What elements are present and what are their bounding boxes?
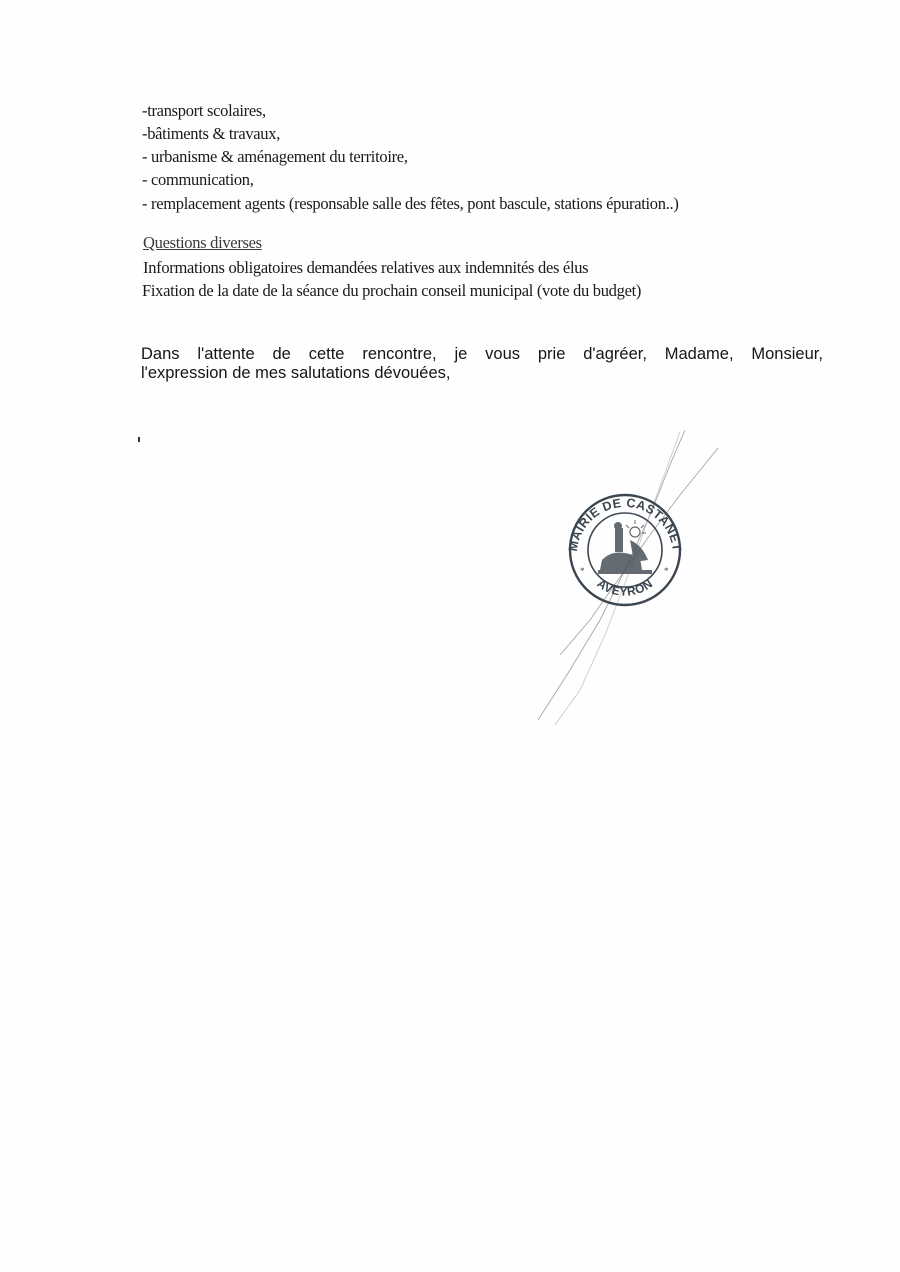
svg-text:*: * — [580, 566, 585, 576]
list-item: -bâtiments & travaux, — [142, 124, 280, 144]
closing-word: cette — [309, 345, 345, 364]
signature-and-stamp: MAIRIE DE CASTANET AVEYRON * * — [530, 420, 730, 730]
svg-text:MAIRIE DE CASTANET: MAIRIE DE CASTANET — [566, 496, 684, 553]
closing-word: Madame, — [665, 345, 734, 364]
closing-word: vous — [485, 345, 520, 364]
mairie-stamp-icon: MAIRIE DE CASTANET AVEYRON * * — [566, 495, 684, 605]
closing-word: d'agréer, — [583, 345, 647, 364]
list-item: - remplacement agents (responsable salle… — [142, 194, 679, 214]
closing-paragraph: Dansl'attentedecetterencontre,jevousprie… — [141, 345, 823, 383]
questions-heading: Questions diverses — [143, 233, 262, 253]
document-page: -transport scolaires, -bâtiments & trava… — [0, 0, 900, 1272]
closing-word: de — [273, 345, 291, 364]
list-item: - urbanisme & aménagement du territoire, — [142, 147, 408, 167]
stray-mark — [138, 437, 140, 442]
closing-word: Monsieur, — [751, 345, 823, 364]
closing-word: l'attente — [197, 345, 254, 364]
questions-item: Fixation de la date de la séance du proc… — [142, 281, 641, 301]
signature-icon: MAIRIE DE CASTANET AVEYRON * * — [530, 420, 730, 730]
signature-stroke — [538, 430, 685, 720]
svg-text:*: * — [664, 566, 669, 576]
closing-word: rencontre, — [362, 345, 436, 364]
svg-text:AVEYRON: AVEYRON — [595, 576, 656, 599]
closing-line-1: Dansl'attentedecetterencontre,jevousprie… — [141, 345, 823, 364]
list-item: -transport scolaires, — [142, 101, 266, 121]
list-item: - communication, — [142, 170, 254, 190]
closing-word: je — [454, 345, 467, 364]
closing-word: Dans — [141, 345, 180, 364]
closing-line-2: l'expression de mes salutations dévouées… — [141, 364, 823, 383]
questions-item: Informations obligatoires demandées rela… — [143, 258, 588, 278]
closing-word: prie — [538, 345, 566, 364]
